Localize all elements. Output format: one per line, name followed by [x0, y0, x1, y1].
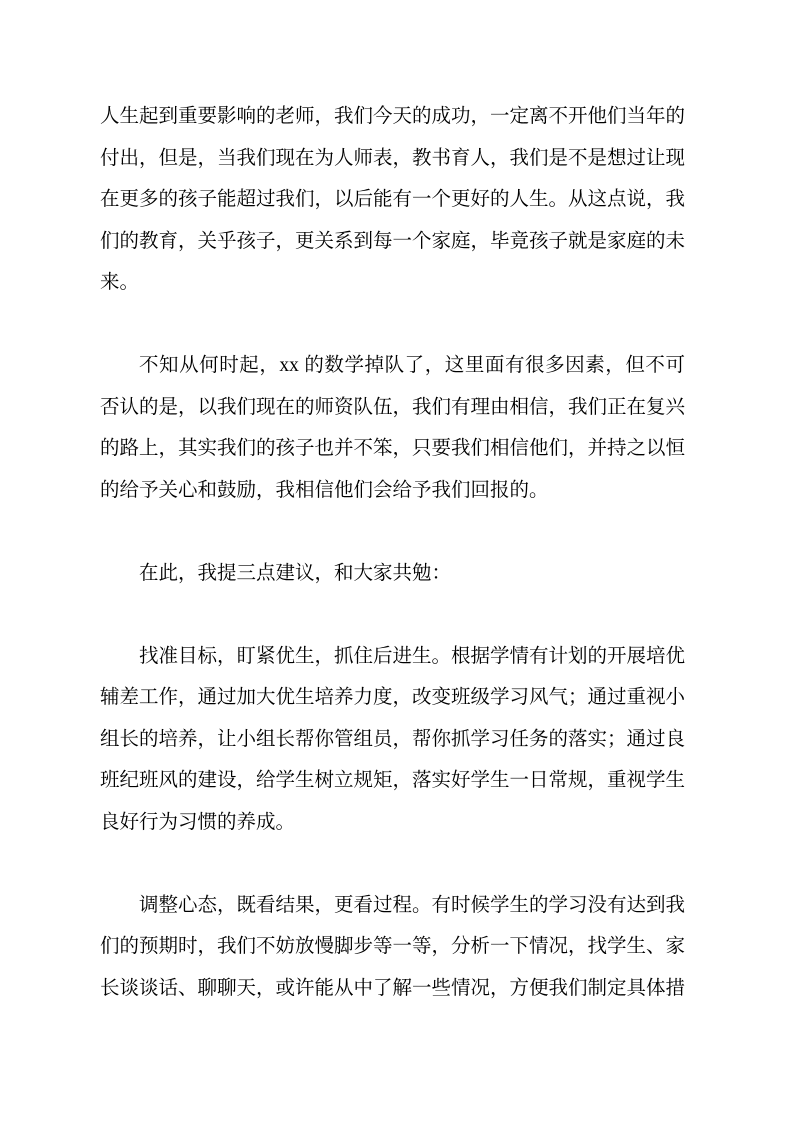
- paragraph-three-suggestions-intro: 在此，我提三点建议，和大家共勉：: [100, 553, 685, 595]
- paragraph-suggestion-mindset: 调整心态，既看结果，更看过程。有时候学生的学习没有达到我们的预期时，我们不妨放慢…: [100, 885, 685, 1010]
- document-page: 人生起到重要影响的老师，我们今天的成功，一定离不开他们当年的付出，但是，当我们现…: [0, 0, 793, 1122]
- paragraph-suggestion-goals: 找准目标，盯紧优生，抓住后进生。根据学情有计划的开展培优辅差工作，通过加大优生培…: [100, 636, 685, 844]
- paragraph-math-decline: 不知从何时起，xx 的数学掉队了，这里面有很多因素，但不可否认的是，以我们现在的…: [100, 345, 685, 511]
- paragraph-continuation: 人生起到重要影响的老师，我们今天的成功，一定离不开他们当年的付出，但是，当我们现…: [100, 96, 685, 304]
